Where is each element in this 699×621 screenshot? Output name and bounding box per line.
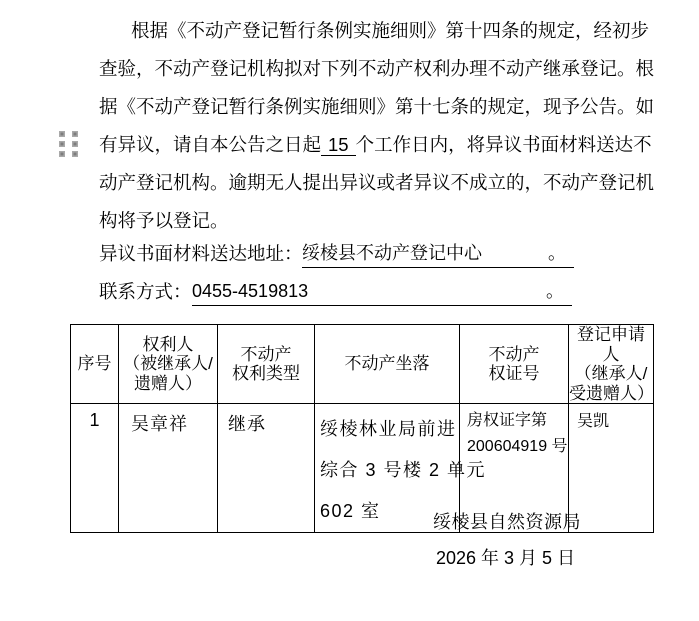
objection-days-value: 15 bbox=[321, 134, 356, 156]
notice-line: 据《不动产登记暂行条例实施细则》第十七条的规定，现予公告。如 bbox=[99, 88, 659, 126]
registration-table: 序号 权利人 （被继承人/ 遗赠人） 不动产 权利类型 不动产坐落 不动产 权证… bbox=[70, 324, 654, 533]
document-page: 根据《不动产登记暂行条例实施细则》第十四条的规定，经初步 查验，不动产登记机构拟… bbox=[0, 0, 699, 621]
drag-handle-dot bbox=[59, 131, 65, 137]
notice-line4-post: 个工作日内，将异议书面材料送达不 bbox=[356, 134, 652, 155]
address-value: 绥棱县不动产登记中心 bbox=[302, 240, 482, 266]
contact-label: 联系方式： bbox=[99, 278, 192, 306]
header-applicant: 登记申请人 （继承人/ 受遗赠人） bbox=[569, 325, 654, 404]
contact-period: 。 bbox=[546, 278, 564, 304]
drag-handle-icon[interactable] bbox=[59, 131, 78, 157]
notice-line-with-days: 有异议，请自本公告之日起15个工作日内，将异议书面材料送达不 bbox=[99, 126, 659, 164]
header-seq: 序号 bbox=[71, 325, 119, 404]
contact-value: 0455-4519813 bbox=[192, 278, 308, 304]
address-underline-field: 绥棱县不动产登记中心 。 bbox=[302, 240, 574, 268]
notice-line: 根据《不动产登记暂行条例实施细则》第十四条的规定，经初步 bbox=[99, 12, 659, 50]
footer-agency: 绥棱县自然资源局 bbox=[433, 508, 581, 534]
drag-handle-dot bbox=[72, 141, 78, 147]
notice-line4-pre: 有异议，请自本公告之日起 bbox=[99, 134, 321, 155]
cell-owner: 吴章祥 bbox=[119, 404, 218, 533]
notice-line: 查验，不动产登记机构拟对下列不动产权利办理不动产继承登记。根 bbox=[99, 50, 659, 88]
drag-handle-dot bbox=[72, 131, 78, 137]
header-cert-no: 不动产 权证号 bbox=[460, 325, 569, 404]
notice-line: 构将予以登记。 bbox=[99, 202, 659, 240]
address-label: 异议书面材料送达地址： bbox=[99, 240, 303, 268]
cell-seq: 1 bbox=[71, 404, 119, 533]
drag-handle-dot bbox=[59, 141, 65, 147]
contact-underline-field: 0455-4519813 。 bbox=[192, 278, 572, 306]
notice-line: 动产登记机构。逾期无人提出异议或者异议不成立的，不动产登记机 bbox=[99, 164, 659, 202]
drag-handle-dot bbox=[72, 151, 78, 157]
drag-handle-dot bbox=[59, 151, 65, 157]
header-owner: 权利人 （被继承人/ 遗赠人） bbox=[119, 325, 218, 404]
header-right-type: 不动产 权利类型 bbox=[218, 325, 315, 404]
notice-paragraph: 根据《不动产登记暂行条例实施细则》第十四条的规定，经初步 查验，不动产登记机构拟… bbox=[99, 12, 659, 240]
footer-date: 2026 年 3 月 5 日 bbox=[436, 544, 575, 570]
cell-applicant: 吴凯 bbox=[569, 404, 654, 533]
cell-right-type: 继承 bbox=[218, 404, 315, 533]
header-location: 不动产坐落 bbox=[315, 325, 460, 404]
address-period: 。 bbox=[548, 240, 566, 266]
table-header-row: 序号 权利人 （被继承人/ 遗赠人） 不动产 权利类型 不动产坐落 不动产 权证… bbox=[71, 325, 654, 404]
